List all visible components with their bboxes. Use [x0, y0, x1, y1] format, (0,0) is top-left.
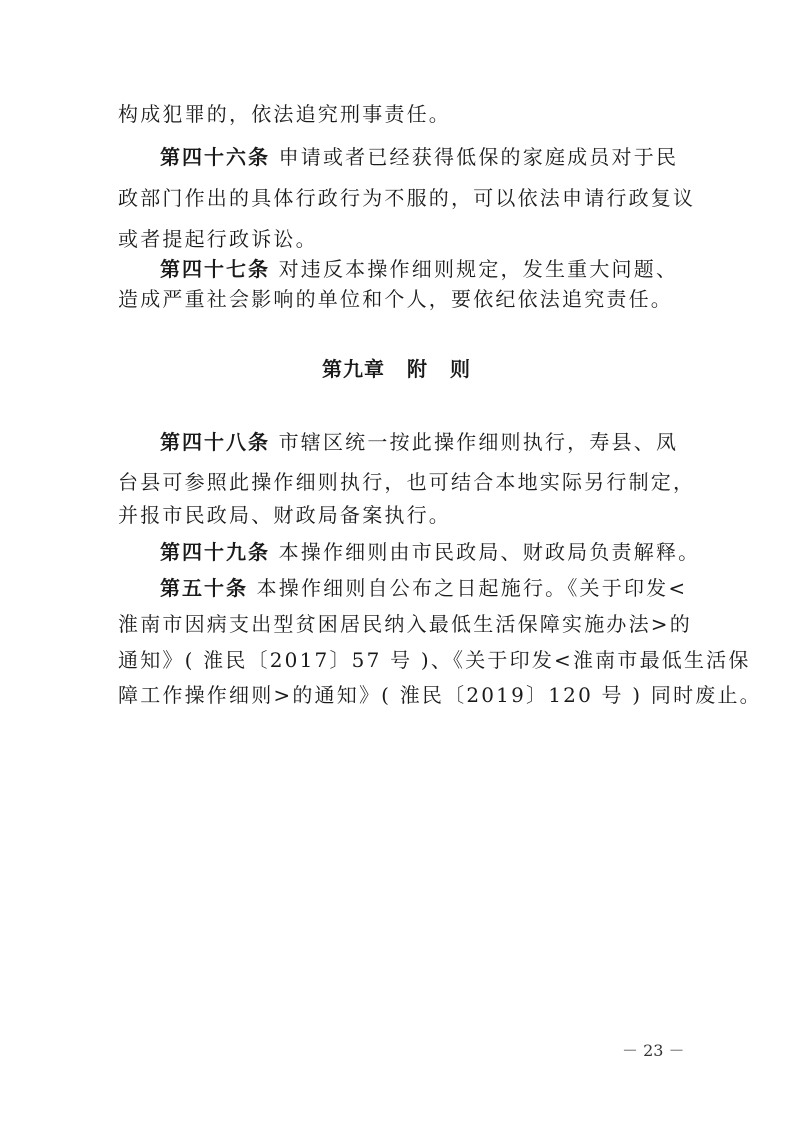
article-49: 第四十九条 本操作细则由市民政局、财政局负责解释。: [160, 538, 720, 566]
paragraph-line: 通知》( 淮民〔2017〕57 号 )、《关于印发<淮南市最低生活保: [118, 646, 678, 674]
paragraph-line: 障工作操作细则>的通知》( 淮民〔2019〕120 号 ) 同时废止。: [118, 681, 678, 709]
chapter-number: 第九章: [322, 357, 385, 381]
article-heading: 第四十六条: [160, 145, 270, 169]
document-page: 构成犯罪的，依法追究刑事责任。 第四十六条 申请或者已经获得低保的家庭成员对于民…: [0, 0, 793, 1122]
paragraph-line: 政部门作出的具体行政行为不服的，可以依法申请行政复议: [118, 184, 678, 212]
paragraph-line: 台县可参照此操作细则执行，也可结合本地实际另行制定，: [118, 468, 678, 496]
line-text: 通知》( 淮民〔2017〕57 号 )、《关于印发<淮南市最低生活保: [118, 648, 751, 672]
paragraph-line: 造成严重社会影响的单位和个人，要依纪依法追究责任。: [118, 285, 678, 313]
article-50: 第五十条 本操作细则自公布之日起施行。《关于印发<: [160, 574, 720, 602]
line-text: 或者提起行政诉讼。: [118, 227, 318, 251]
article-heading: 第五十条: [160, 576, 248, 600]
page-number: － 23 －: [622, 1038, 685, 1061]
article-heading: 第四十七条: [160, 257, 270, 281]
article-48: 第四十八条 市辖区统一按此操作细则执行，寿县、凤: [160, 428, 720, 456]
line-text: 申请或者已经获得低保的家庭成员对于民: [279, 145, 679, 169]
paragraph-line: 构成犯罪的，依法追究刑事责任。: [118, 100, 678, 128]
line-text: 本操作细则由市民政局、财政局负责解释。: [279, 540, 701, 564]
article-heading: 第四十八条: [160, 430, 270, 454]
article-46: 第四十六条 申请或者已经获得低保的家庭成员对于民: [160, 143, 720, 171]
line-text: 本操作细则自公布之日起施行。《关于印发<: [257, 576, 688, 600]
line-text: 政部门作出的具体行政行为不服的，可以依法申请行政复议: [118, 186, 695, 210]
line-text: 障工作操作细则>的通知》( 淮民〔2019〕120 号 ) 同时废止。: [118, 683, 762, 707]
line-text: 市辖区统一按此操作细则执行，寿县、凤: [279, 430, 679, 454]
line-text: 造成严重社会影响的单位和个人，要依纪依法追究责任。: [118, 287, 673, 311]
line-text: 对违反本操作细则规定，发生重大问题、: [279, 257, 679, 281]
line-text: 构成犯罪的，依法追究刑事责任。: [118, 102, 451, 126]
paragraph-line: 淮南市因病支出型贫困居民纳入最低生活保障实施办法>的: [118, 610, 678, 638]
line-text: 台县可参照此操作细则执行，也可结合本地实际另行制定，: [118, 470, 695, 494]
chapter-title-2: 则: [450, 357, 471, 381]
chapter-heading: 第九章附则: [0, 355, 793, 383]
paragraph-line: 或者提起行政诉讼。: [118, 225, 678, 253]
chapter-title-1: 附: [407, 357, 428, 381]
paragraph-line: 并报市民政局、财政局备案执行。: [118, 501, 678, 529]
article-47: 第四十七条 对违反本操作细则规定，发生重大问题、: [160, 255, 720, 283]
line-text: 并报市民政局、财政局备案执行。: [118, 503, 451, 527]
article-heading: 第四十九条: [160, 540, 270, 564]
line-text: 淮南市因病支出型贫困居民纳入最低生活保障实施办法>的: [118, 612, 692, 636]
